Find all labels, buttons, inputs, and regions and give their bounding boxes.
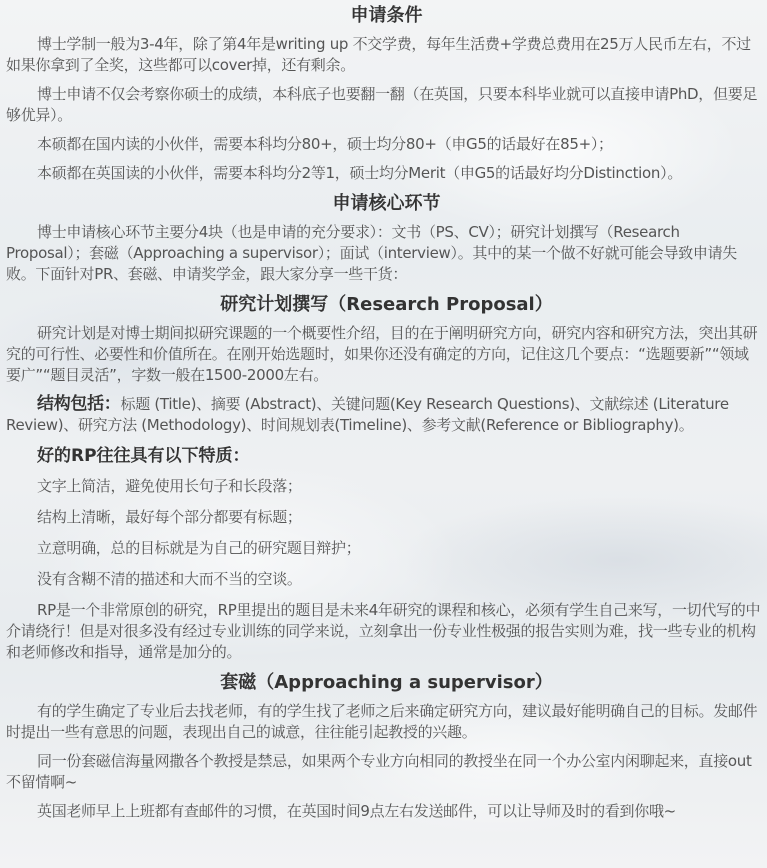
section-heading-requirements: 申请条件 [6, 0, 767, 28]
paragraph: 本硕都在英国读的小伙伴，需要本科均分2等1，硕士均分Merit（申G5的话最好均… [6, 163, 767, 184]
article-body: 申请条件 博士学制一般为3-4年，除了第4年是writing up 不交学费，每… [0, 0, 767, 822]
paragraph: 博士申请核心环节主要分4块（也是申请的充分要求）：文书（PS、CV）；研究计划撰… [6, 222, 767, 285]
paragraph: 同一份套磁信海量网撒各个教授是禁忌，如果两个专业方向相同的教授坐在同一个办公室内… [6, 751, 767, 793]
paragraph: 有的学生确定了专业后去找老师，有的学生找了老师之后来确定研究方向，建议最好能明确… [6, 701, 767, 743]
paragraph: 博士申请不仅会考察你硕士的成绩，本科底子也要翻一翻（在英国，只要本科毕业就可以直… [6, 84, 767, 126]
paragraph: 英国老师早上上班都有查邮件的习惯，在英国时间9点左右发送邮件，可以让导师及时的看… [6, 801, 767, 822]
paragraph: 本硕都在国内读的小伙伴，需要本科均分80+，硕士均分80+（申G5的话最好在85… [6, 134, 767, 155]
quality-item: 立意明确，总的目标就是为自己的研究题目辩护； [6, 538, 767, 559]
quality-item: 文字上简洁，避免使用长句子和长段落； [6, 476, 767, 497]
structure-label: 结构包括： [37, 394, 121, 414]
paragraph: 博士学制一般为3-4年，除了第4年是writing up 不交学费，每年生活费+… [6, 34, 767, 76]
quality-item: 结构上清晰，最好每个部分都要有标题； [6, 507, 767, 528]
paragraph: RP是一个非常原创的研究，RP里提出的题目是未来4年研究的课程和核心，必须有学生… [6, 600, 767, 663]
structure-paragraph: 结构包括：标题 (Title)、摘要 (Abstract)、关键问题(Key R… [6, 394, 767, 436]
section-heading-core-steps: 申请核心环节 [6, 192, 767, 216]
qualities-heading: 好的RP往往具有以下特质： [6, 444, 767, 468]
quality-item: 没有含糊不清的描述和大而不当的空谈。 [6, 569, 767, 590]
paragraph: 研究计划是对博士期间拟研究课题的一个概要性介绍，目的在于阐明研究方向，研究内容和… [6, 323, 767, 386]
section-heading-approaching-supervisor: 套磁（Approaching a supervisor） [6, 671, 767, 695]
section-heading-research-proposal: 研究计划撰写（Research Proposal） [6, 293, 767, 317]
